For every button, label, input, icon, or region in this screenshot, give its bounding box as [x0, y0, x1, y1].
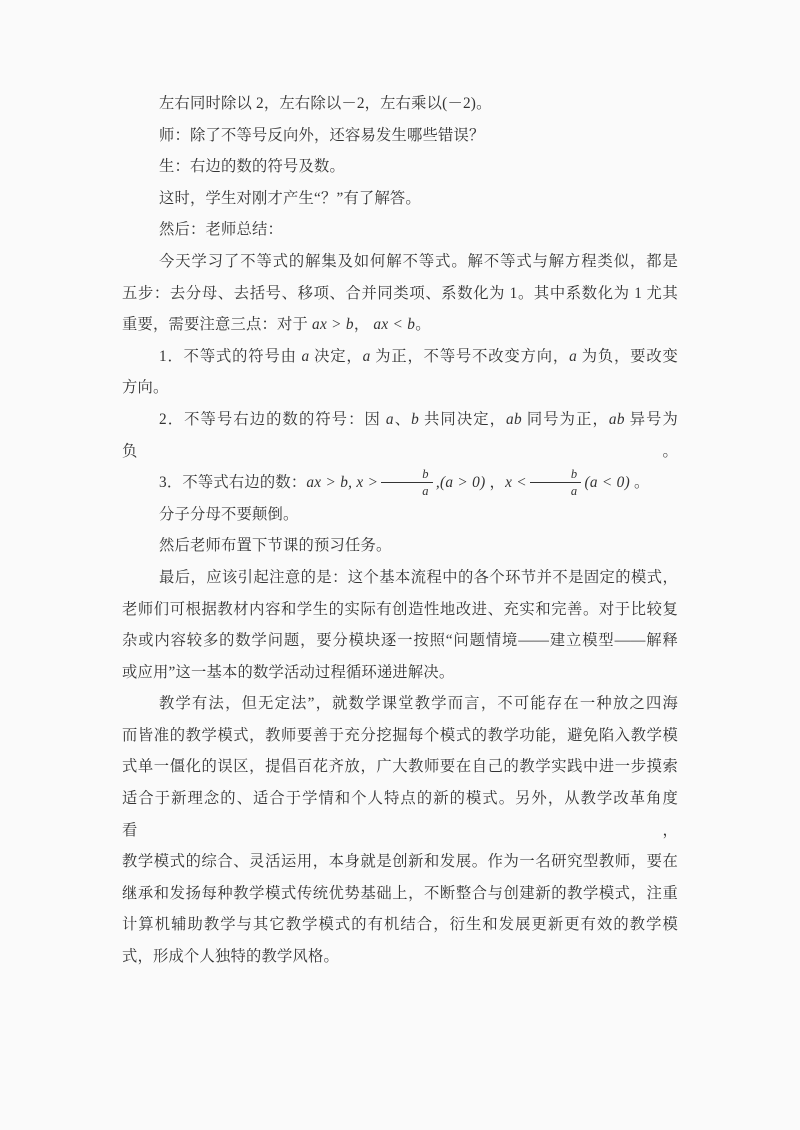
text-line: 2．不等号右边的数的符号：因 a、b 共同决定，ab 同号为正，ab 异号为负。: [122, 404, 678, 467]
text-line: 1．不等式的符号由 a 决定，a 为正，不等号不改变方向，a 为负，要改变: [122, 341, 678, 373]
math-expression: a: [569, 348, 577, 365]
text-line: 五步：去分母、去括号、移项、合并同类项、系数化为 1。其中系数化为 1 尤其: [122, 278, 678, 310]
text-line: 式单一僵化的误区，提倡百花齐放，广大教师要在自己的教学实践中进一步摸索: [122, 751, 678, 783]
paragraph: 最后，应该引起注意的是：这个基本流程中的各个环节并不是固定的模式，老师们可根据教…: [122, 562, 678, 688]
paragraph: 3．不等式右边的数：ax > b, x >ba,(a > 0) ，x <ba(a…: [122, 467, 678, 499]
math-expression: ,(a > 0): [436, 474, 486, 491]
text-line: 左右同时除以 2，左右除以－2，左右乘以(－2)。: [122, 88, 678, 120]
text-line: 师：除了不等号反向外，还容易发生哪些错误？: [122, 120, 678, 152]
math-expression: b: [411, 411, 419, 428]
page: { "page": { "background_color": "#fafafa…: [0, 0, 800, 1130]
math-expression: a: [386, 411, 394, 428]
text-line: 教学有法，但无定法”，就数学课堂教学而言，不可能存在一种放之四海: [122, 688, 678, 720]
math-expression: x <: [505, 474, 527, 491]
paragraph: 生：右边的数的符号及数。: [122, 151, 678, 183]
math-expression: a: [301, 348, 309, 365]
paragraph: 今天学习了不等式的解集及如何解不等式。解不等式与解方程类似，都是五步：去分母、去…: [122, 246, 678, 341]
paragraph: 然后：老师总结：: [122, 214, 678, 246]
text-line: 今天学习了不等式的解集及如何解不等式。解不等式与解方程类似，都是: [122, 246, 678, 278]
text-line: 老师们可根据教材内容和学生的实际有创造性地改进、充实和完善。对于比较复: [122, 594, 678, 626]
text-line: 分子分母不要颠倒。: [122, 499, 678, 531]
fraction-numerator: b: [381, 468, 433, 484]
text-line: 杂或内容较多的数学问题，要分模块逐一按照“问题情境——建立模型——解释: [122, 625, 678, 657]
text-line: 这时，学生对刚才产生“？”有了解答。: [122, 183, 678, 215]
fraction-denominator: a: [530, 483, 582, 498]
math-expression: a: [363, 348, 371, 365]
paragraph: 分子分母不要颠倒。: [122, 499, 678, 531]
paragraph: 然后老师布置下节课的预习任务。: [122, 530, 678, 562]
paragraph: 1．不等式的符号由 a 决定，a 为正，不等号不改变方向，a 为负，要改变方向。: [122, 341, 678, 404]
math-expression: (a < 0): [584, 474, 630, 491]
text-line: 式，形成个人独特的教学风格。: [122, 941, 678, 973]
text-line: 计算机辅助教学与其它教学模式的有机结合，衍生和发展更新更有效的教学模: [122, 909, 678, 941]
text-line: 适合于新理念的、适合于学情和个人特点的新的模式。另外，从教学改革角度看，: [122, 783, 678, 846]
fraction: ba: [381, 468, 433, 498]
math-expression: ax < b: [373, 316, 415, 333]
text-line: 而皆准的教学模式，教师要善于充分挖掘每个模式的教学功能，避免陷入教学模: [122, 720, 678, 752]
math-expression: ab: [506, 411, 522, 428]
document-page: 左右同时除以 2，左右除以－2，左右乘以(－2)。师：除了不等号反向外，还容易发…: [0, 0, 800, 973]
fraction-numerator: b: [530, 468, 582, 484]
paragraph: 这时，学生对刚才产生“？”有了解答。: [122, 183, 678, 215]
math-expression: ab: [609, 411, 625, 428]
text-line: 或应用”这一基本的数学活动过程循环递进解决。: [122, 657, 678, 689]
paragraph: 教学有法，但无定法”，就数学课堂教学而言，不可能存在一种放之四海而皆准的教学模式…: [122, 688, 678, 972]
paragraph: 师：除了不等号反向外，还容易发生哪些错误？: [122, 120, 678, 152]
text-line: 教学模式的综合、灵活运用，本身就是创新和发展。作为一名研究型教师，要在: [122, 846, 678, 878]
text-line: 继承和发扬每种教学模式传统优势基础上，不断整合与创建新的教学模式，注重: [122, 878, 678, 910]
fraction-denominator: a: [381, 483, 433, 498]
text-line: 然后老师布置下节课的预习任务。: [122, 530, 678, 562]
text-line: 3．不等式右边的数：ax > b, x >ba,(a > 0) ，x <ba(a…: [122, 467, 678, 499]
text-line: 重要，需要注意三点：对于 ax > b， ax < b。: [122, 309, 678, 341]
text-line: 然后：老师总结：: [122, 214, 678, 246]
paragraph: 2．不等号右边的数的符号：因 a、b 共同决定，ab 同号为正，ab 异号为负。: [122, 404, 678, 467]
text-line: 方向。: [122, 372, 678, 404]
math-expression: ax > b: [312, 316, 354, 333]
text-line: 最后，应该引起注意的是：这个基本流程中的各个环节并不是固定的模式，: [122, 562, 678, 594]
text-line: 生：右边的数的符号及数。: [122, 151, 678, 183]
math-expression: ax > b, x >: [306, 474, 378, 491]
paragraph: 左右同时除以 2，左右除以－2，左右乘以(－2)。: [122, 88, 678, 120]
fraction: ba: [530, 468, 582, 498]
